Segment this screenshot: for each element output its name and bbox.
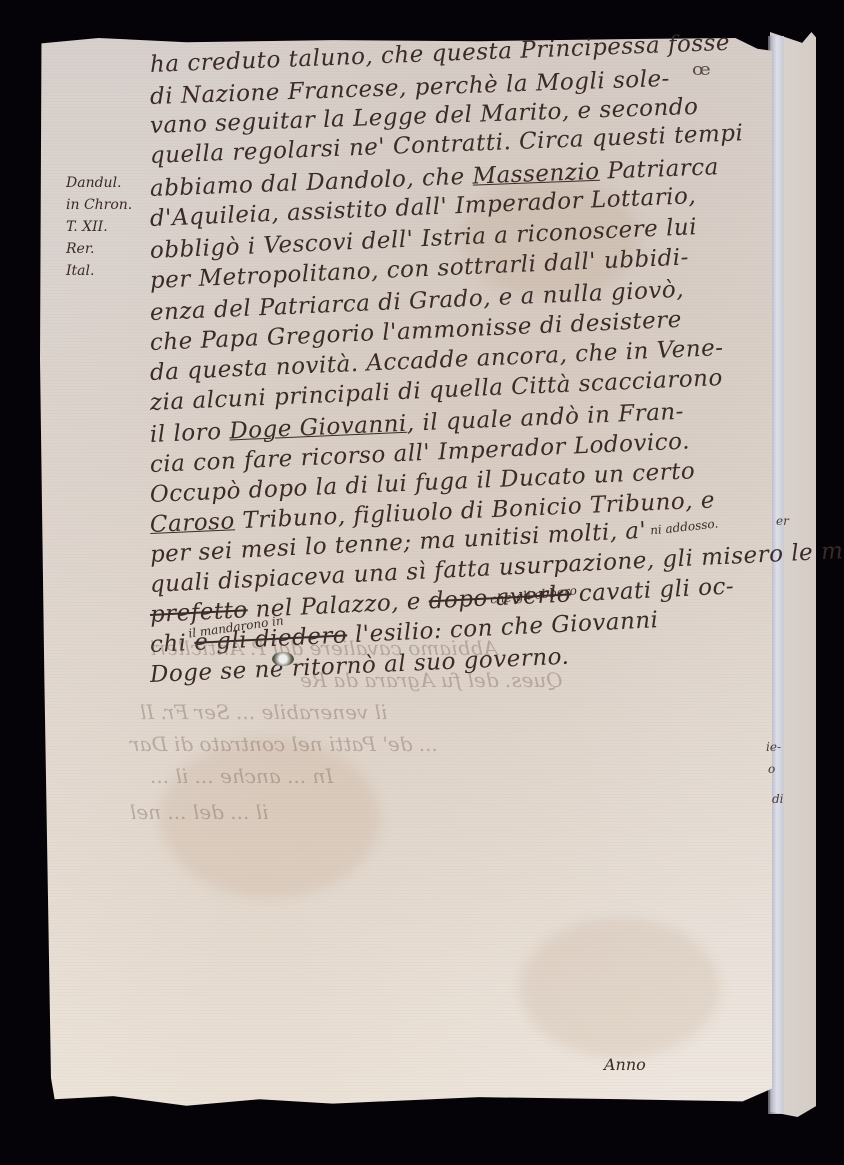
margin-line: Dandul. [66,172,132,194]
edge-note: er [776,514,789,528]
ink-blot [272,652,294,666]
catchword: Anno [604,1055,646,1074]
margin-line: in Chron. [66,194,132,216]
bleed-through-line: il ... del ... nel [130,800,269,824]
bleed-through-line: Abbiamo cavaliere dal P. Anticlleri [150,636,498,660]
bleed-through-line: ... de' Patti nel contrato di Dar [130,732,438,756]
bleed-through-line: In ... anche ... il ... [150,764,333,788]
underlined-name: Caroso [149,508,235,538]
bleed-through-line: il venerabile ... Ser Fr. Il [140,700,387,724]
margin-citation: Dandul. in Chron. T. XII. Rer. Ital. [66,172,132,282]
stain [520,918,720,1058]
bleed-through-line: Ques. del fu Agrara da Re [300,668,563,692]
underlined-name: Massenzio [472,159,600,190]
margin-line: Ital. [66,260,132,282]
edge-note: o [768,762,775,776]
margin-line: T. XII. [66,216,132,238]
margin-line: Rer. [66,238,132,260]
folio-mark-icon: ꟹ [692,58,711,93]
edge-note: di [772,792,784,806]
edge-note: ie- [766,740,781,754]
